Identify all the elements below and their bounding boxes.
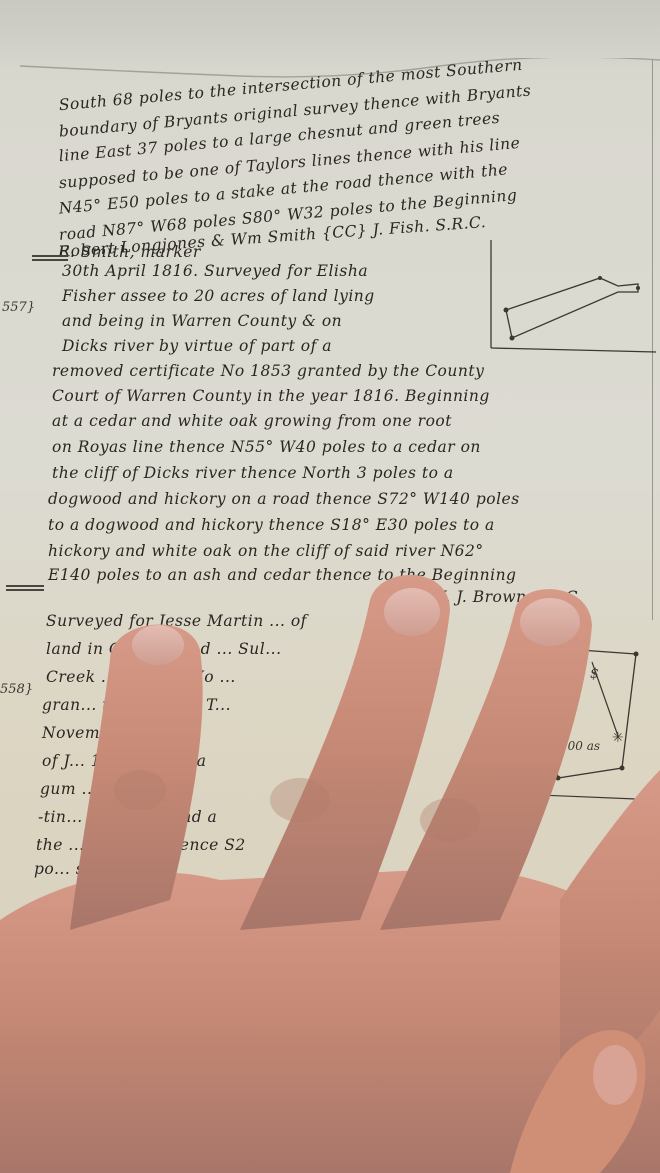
text-line: -tin... thence ... and a [38,808,217,826]
text-line: dogwood and hickory on a road thence S72… [48,490,520,508]
text-line: gran... the Count... T... [42,696,231,714]
svg-text:$: $ [590,666,599,682]
text-line: hickory and white oak on the cliff of sa… [48,542,484,560]
text-line: the cliff of Dicks river thence North 3 … [52,464,454,482]
text-line: and being in Warren County & on [62,312,342,330]
text-line: Creek ... of a c... No ... [46,668,236,686]
surveyor-signature: J. J. Brown S.R.C. [440,588,583,606]
svg-text:100 as: 100 as [560,739,600,753]
entry-separator [32,259,68,261]
text-line: gum ... beech [40,780,153,798]
plat-557-diagram [488,238,658,354]
text-line: on Royas line thence N55° W40 poles to a… [52,438,481,456]
text-line: Surveyed for Jesse Martin ... of [46,612,307,630]
text-line: ... Survey... [460,895,554,913]
text-line: E140 poles to an ash and cedar thence to… [48,566,516,584]
text-line: ... S.C. [598,1003,653,1021]
text-line: at a cedar and white oak growing from on… [52,412,452,430]
text-line: Fisher assee to 20 acres of land lying [62,287,375,305]
entry-separator [6,589,44,591]
plat-558-diagram: $ ✳ 100 as [550,640,660,800]
text-line: land in Cumberland ... Sul... [46,640,282,658]
text-line: Court of Warren County in the year 1816.… [52,387,490,405]
text-line: po... sta... to th... [34,860,178,878]
entry-separator [6,585,44,587]
margin-number: 557} [2,300,35,315]
text-line: 30th April 1816. Surveyed for Elisha [62,262,368,280]
text-line: E. Smith, marker [58,243,201,261]
text-line: to a dogwood and hickory thence S18° E30… [48,516,495,534]
text-line: ... mina... [460,925,539,943]
svg-text:✳: ✳ [612,730,624,746]
margin-number: 558} [0,682,33,697]
text-line: the ... W42° ... thence S2 [36,836,246,854]
text-line: of J... 1816. Beg... a [42,752,206,770]
text-line: Novem... 1805 ... 2 [42,724,201,742]
text-line: ... S.C. [600,975,655,993]
text-line: removed certificate No 1853 granted by t… [52,362,484,380]
text-line: Dicks river by virtue of part of a [62,337,332,355]
ledger-page: South 68 poles to the intersection of th… [0,0,660,1173]
entry-separator [32,255,68,257]
